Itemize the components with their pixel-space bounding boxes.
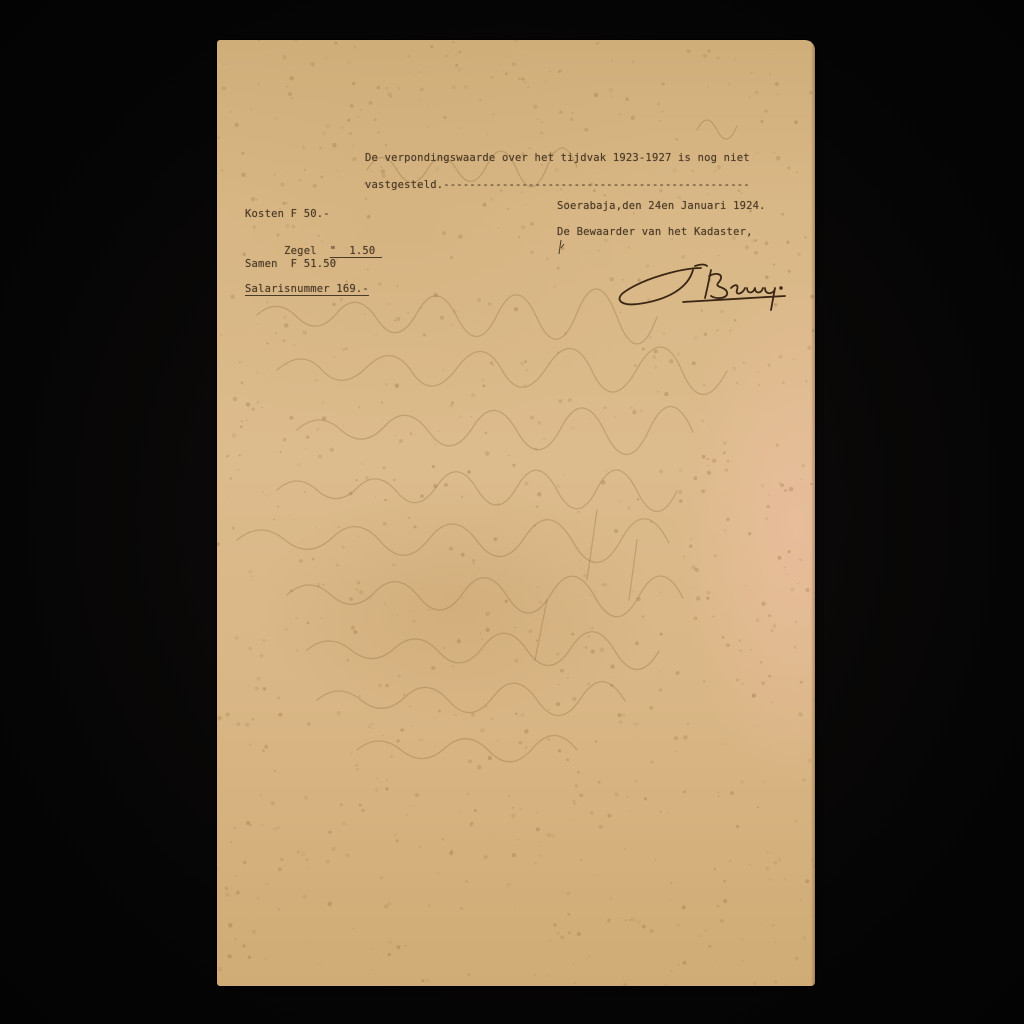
place-date: Soerabaja,den 24en Januari 1924. xyxy=(557,200,766,212)
verponding-statement-line2: vastgesteld.----------------------------… xyxy=(365,179,750,191)
office-title: De Bewaarder van het Kadaster, xyxy=(557,226,753,238)
costs-kosten: Kosten F 50.- xyxy=(245,208,330,220)
costs-zegel-label: Zegel xyxy=(284,245,330,257)
costs-zegel-value: " 1.50 xyxy=(330,245,382,257)
ink-mark xyxy=(555,238,569,258)
document-page: De verpondingswaarde over het tijdvak 19… xyxy=(217,40,815,986)
signature xyxy=(613,258,793,323)
verponding-statement-line1: De verpondingswaarde over het tijdvak 19… xyxy=(365,152,750,164)
costs-samen: Samen F 51.50 xyxy=(245,258,336,270)
costs-salarisnummer: Salarisnummer 169.- xyxy=(245,283,369,295)
scan-background: De verpondingswaarde over het tijdvak 19… xyxy=(0,0,1024,1024)
paper-edge xyxy=(811,40,815,986)
